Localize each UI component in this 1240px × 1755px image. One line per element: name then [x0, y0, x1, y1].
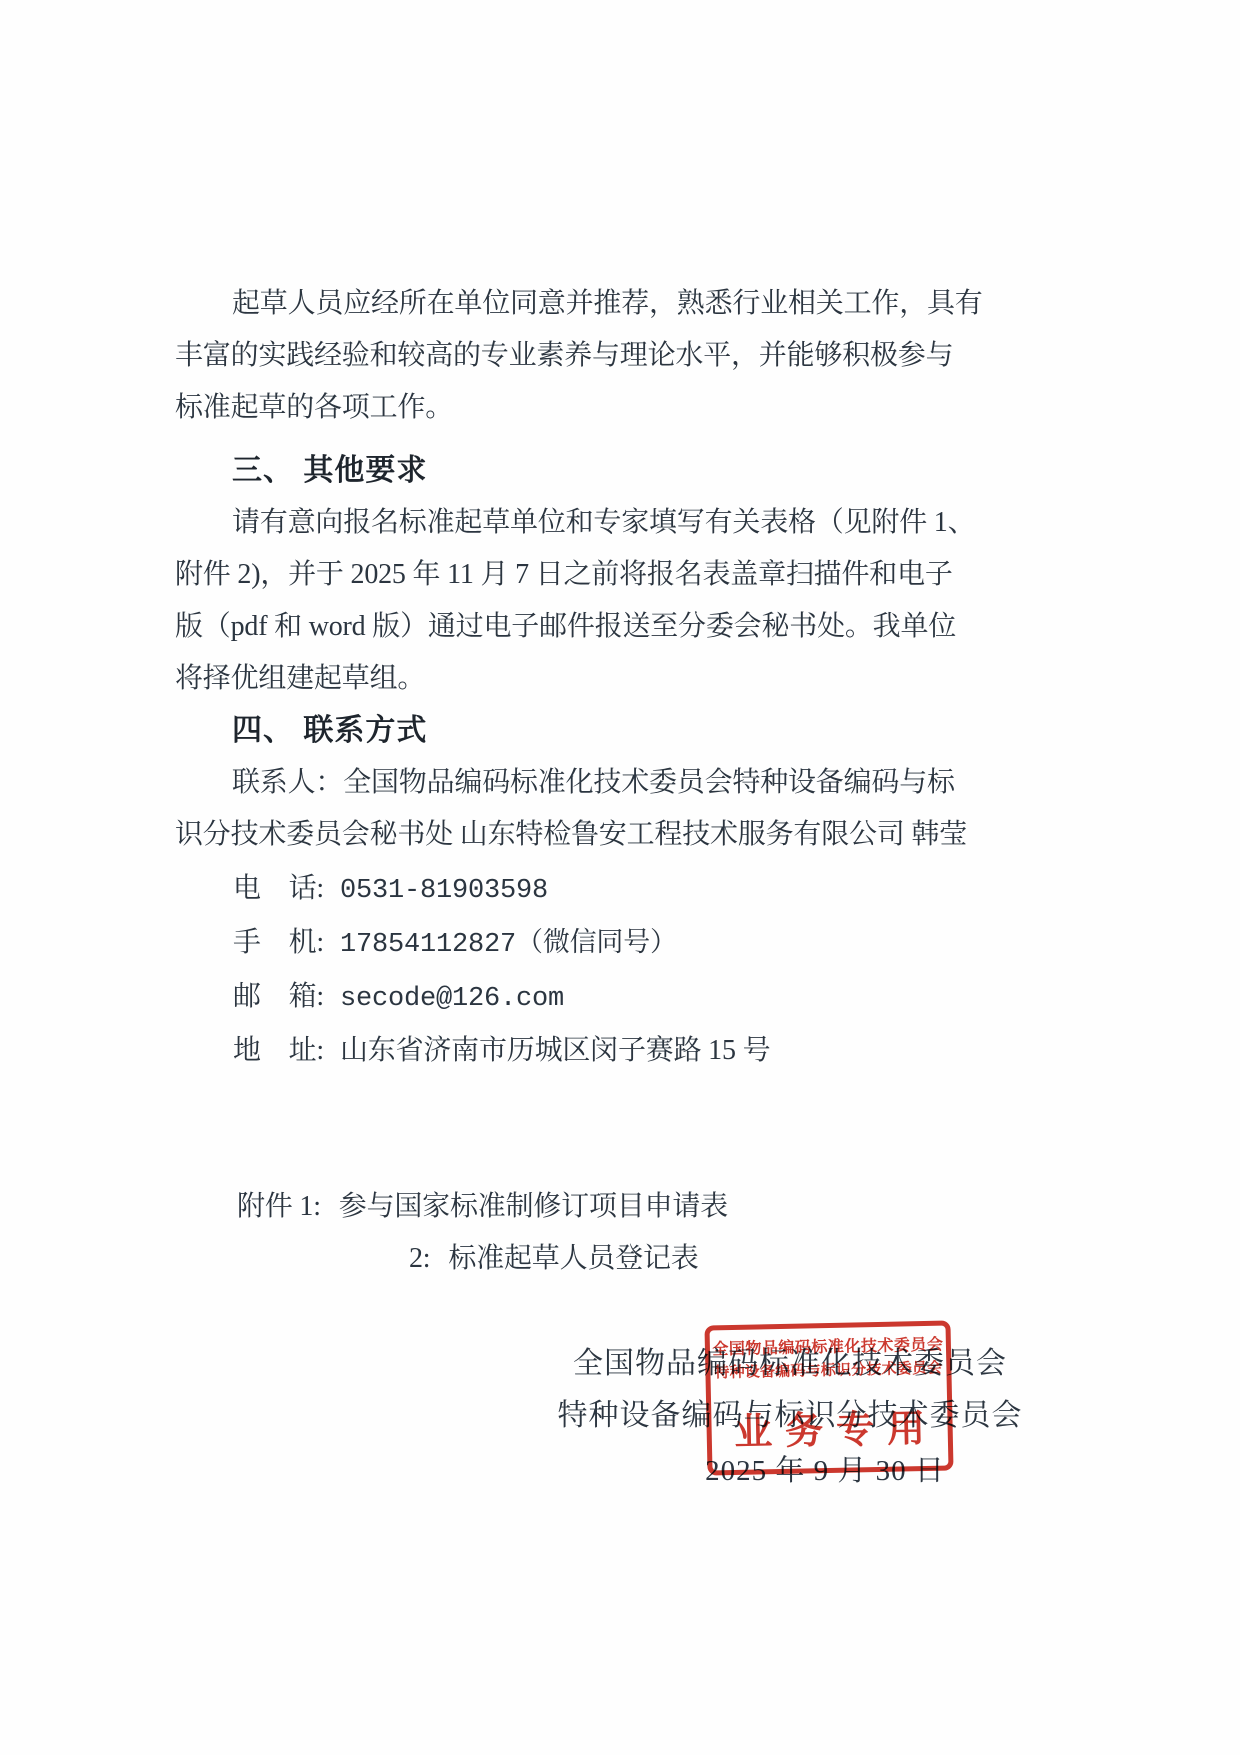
- contact-address-row: 地 址:山东省济南市历城区闵子赛路 15 号: [233, 1025, 1013, 1077]
- contact-email-value: secode@126.com: [340, 984, 564, 1014]
- contact-mobile-label: 手 机:: [233, 927, 324, 958]
- contact-email-label: 邮 箱:: [233, 981, 324, 1012]
- section-heading-other-requirements: 三、 其他要求: [232, 445, 427, 497]
- paragraph-line: 版（pdf 和 word 版）通过电子邮件报送至分委会秘书处。我单位: [175, 601, 1015, 653]
- attachment-1-title: 参与国家标准制修订项目申请表: [339, 1191, 728, 1222]
- paragraph-line: 起草人员应经所在单位同意并推荐，熟悉行业相关工作，具有: [175, 278, 1015, 330]
- contact-phone-value: 0531-81903598: [340, 876, 548, 906]
- section-heading-contact-info: 四、 联系方式: [232, 705, 427, 757]
- contact-email-row: 邮 箱:secode@126.com: [233, 971, 1013, 1025]
- contact-mobile-row: 手 机:17854112827（微信同号）: [233, 917, 1013, 971]
- attachment-2-prefix: 2:: [409, 1243, 430, 1274]
- paragraph-line: 丰富的实践经验和较高的专业素养与理论水平，并能够积极参与: [175, 330, 1015, 382]
- attachment-1-prefix: 附件 1:: [237, 1191, 321, 1222]
- paragraph-line: 联系人：全国物品编码标准化技术委员会特种设备编码与标: [175, 757, 1015, 809]
- paragraph-contact-person: 联系人：全国物品编码标准化技术委员会特种设备编码与标 识分技术委员会秘书处 山东…: [175, 757, 1015, 861]
- paragraph-line: 附件 2)，并于 2025 年 11 月 7 日之前将报名表盖章扫描件和电子: [175, 549, 1015, 601]
- contact-address-label: 地 址:: [233, 1035, 324, 1066]
- stamp-org-line2: 特种设备编码与标识分技术委员会: [710, 1357, 946, 1386]
- paragraph-drafting-personnel: 起草人员应经所在单位同意并推荐，熟悉行业相关工作，具有 丰富的实践经验和较高的专…: [175, 278, 1015, 434]
- contact-address-value: 山东省济南市历城区闵子赛路 15 号: [340, 1035, 770, 1066]
- attachment-2-title: 标准起草人员登记表: [448, 1243, 698, 1274]
- stamp-business-use-label: 业务专用: [711, 1397, 948, 1457]
- paragraph-line: 请有意向报名标准起草单位和专家填写有关表格（见附件 1、: [175, 497, 1015, 549]
- paragraph-registration-instructions: 请有意向报名标准起草单位和专家填写有关表格（见附件 1、 附件 2)，并于 20…: [175, 497, 1015, 705]
- contact-phone-row: 电 话:0531-81903598: [233, 863, 1013, 917]
- attachments-block: 附件 1:参与国家标准制修订项目申请表 2:标准起草人员登记表: [237, 1181, 997, 1285]
- contact-details-block: 电 话:0531-81903598 手 机:17854112827（微信同号） …: [233, 863, 1013, 1077]
- attachment-item-2: 2:标准起草人员登记表: [237, 1233, 997, 1285]
- paragraph-line: 标准起草的各项工作。: [175, 382, 1015, 434]
- paragraph-line: 识分技术委员会秘书处 山东特检鲁安工程技术服务有限公司 韩莹: [175, 809, 1015, 861]
- scanned-document-page: 起草人员应经所在单位同意并推荐，熟悉行业相关工作，具有 丰富的实践经验和较高的专…: [0, 0, 1240, 1755]
- paragraph-line: 将择优组建起草组。: [175, 653, 1015, 705]
- official-seal-stamp: 全国物品编码标准化技术委员会 特种设备编码与标识分技术委员会 业务专用: [704, 1320, 953, 1475]
- attachment-item-1: 附件 1:参与国家标准制修订项目申请表: [237, 1181, 997, 1233]
- contact-phone-label: 电 话:: [233, 873, 324, 904]
- contact-mobile-value: 17854112827（微信同号）: [340, 930, 677, 960]
